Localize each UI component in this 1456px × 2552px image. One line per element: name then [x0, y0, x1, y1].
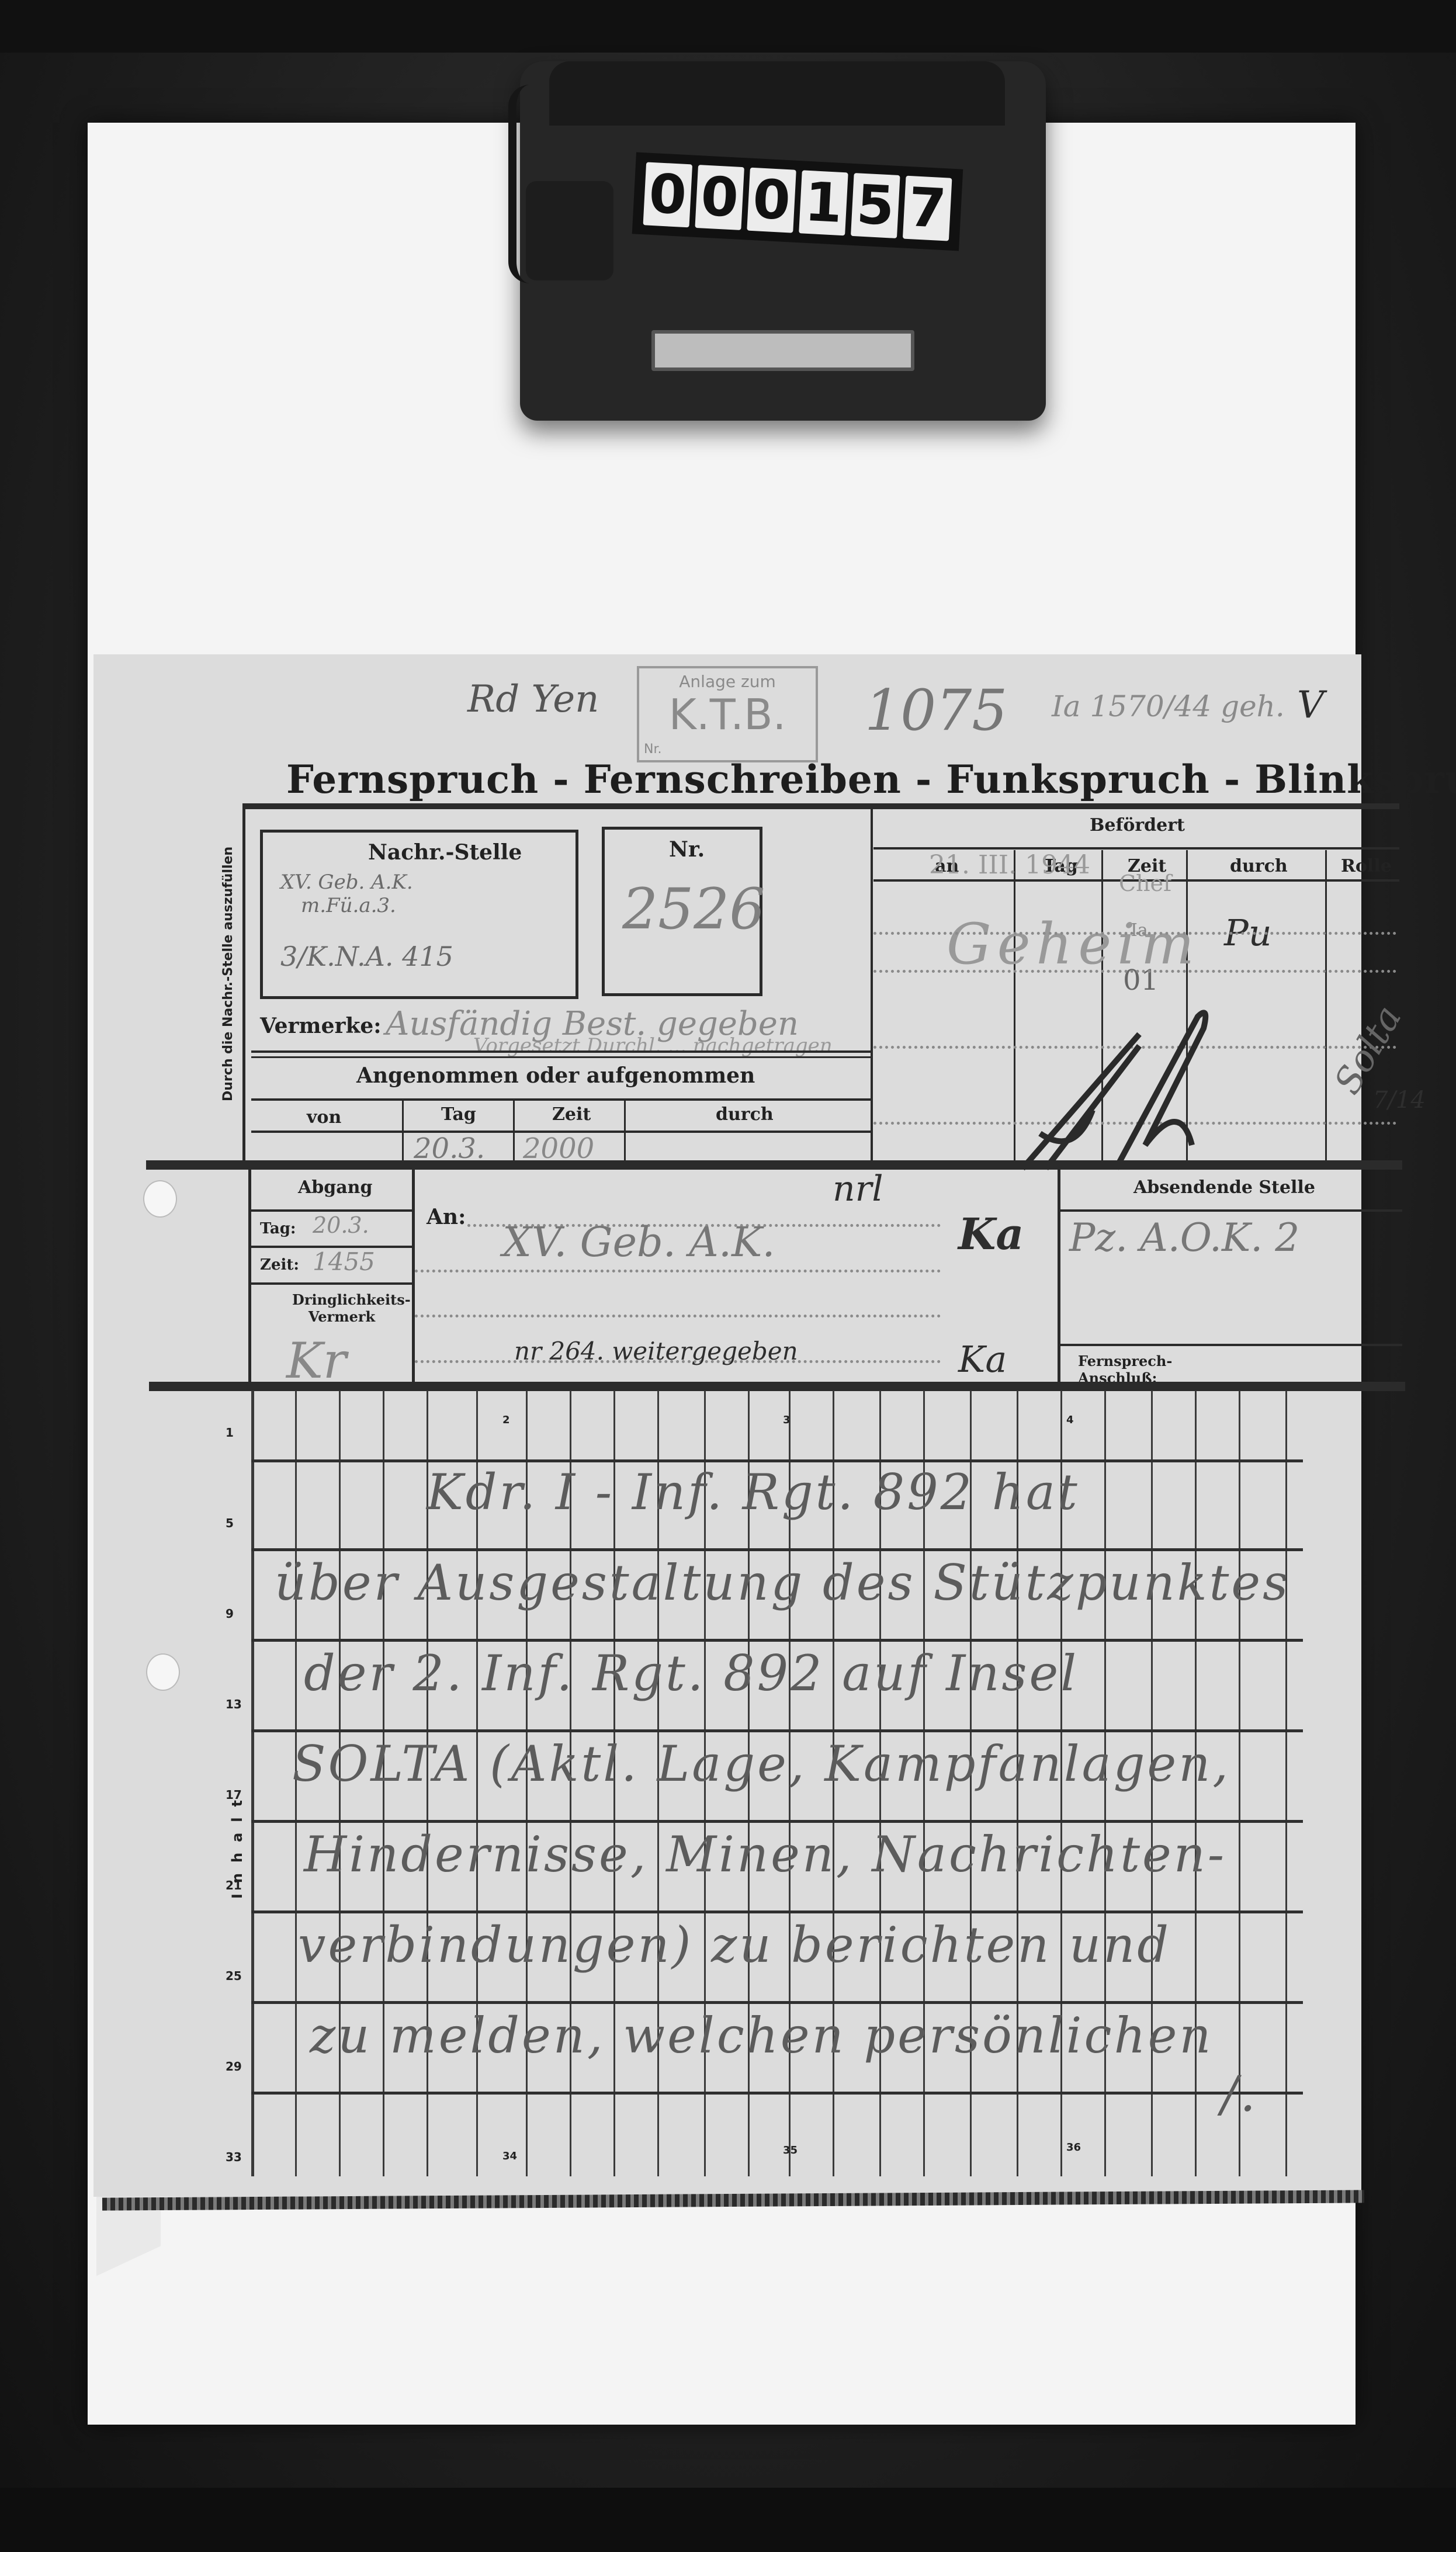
- an-initials: Ka: [958, 1209, 1024, 1260]
- befoerdert-fraction: 7/14: [1373, 1087, 1426, 1114]
- grid-hline: [251, 1729, 1303, 1732]
- angenommen-col-durch: durch: [716, 1104, 774, 1125]
- an-initials2: Ka: [958, 1338, 1007, 1381]
- col-number: 36: [1066, 2141, 1081, 2154]
- befoerdert-stamp-chef: Chef: [1119, 871, 1171, 896]
- message-end-mark: /.: [1221, 2065, 1258, 2123]
- row-number: 5: [226, 1516, 234, 1530]
- angenommen-header-rule: [251, 1098, 871, 1101]
- message-line: Kdr. I - Inf. Rgt. 892 hat: [427, 1464, 1080, 1521]
- reference-number: Ia 1570/44 geh.: [1052, 689, 1285, 723]
- angenommen-col-zeit: Zeit: [552, 1104, 591, 1125]
- form-title: Fernspruch - Fernschreiben - Funkspruch …: [286, 757, 1456, 802]
- counter-top: [549, 61, 1005, 126]
- an-dotted-line: [415, 1315, 941, 1317]
- befoerdert-stamp-date: 21. III. 1944: [929, 850, 1090, 880]
- absendende-value: Pz. A.O.K. 2: [1069, 1215, 1299, 1260]
- row-number: 9: [226, 1607, 234, 1621]
- punch-hole: [146, 1653, 180, 1691]
- befoerdert-label: Befördert: [1090, 815, 1185, 835]
- message-line: Hindernisse, Minen, Nachrichten-: [304, 1826, 1226, 1883]
- angenommen-label: Angenommen oder aufgenommen: [356, 1063, 755, 1088]
- row-number: 13: [226, 1697, 242, 1711]
- absendende-rule: [1060, 1209, 1402, 1212]
- befoerdert-dotted-line: [873, 970, 1396, 973]
- nachr-stelle-line2: m.Fü.a.3.: [301, 894, 396, 917]
- check-mark: V: [1297, 684, 1324, 727]
- counter-knob: [526, 181, 613, 280]
- grid-hline: [251, 1820, 1303, 1823]
- counter-digit: 0: [747, 168, 796, 233]
- nachr-stelle-line3: 3/K.N.A. 415: [280, 941, 453, 972]
- counter-digit: 1: [799, 170, 848, 235]
- befoerdert-col-rolle: Rolle: [1341, 856, 1392, 876]
- col-number: 3: [783, 1414, 791, 1426]
- col-number: 2: [502, 1414, 510, 1426]
- absendende-left-border: [1058, 1170, 1060, 1389]
- col-number: 34: [502, 2150, 517, 2162]
- message-line: zu melden, welchen persönlichen: [310, 2007, 1214, 2064]
- grid-vline: [251, 1391, 254, 2176]
- abgang-zeit-value: 1455: [313, 1247, 375, 1276]
- row-number: 25: [226, 1969, 242, 1983]
- counter-window: 0 0 0 1 5 7: [632, 152, 963, 251]
- nr-value: 2526: [622, 876, 765, 942]
- grid-hline: [251, 1639, 1303, 1642]
- an-annotation: nrl: [833, 1168, 883, 1209]
- abgang-tag-value: 20.3.: [313, 1212, 369, 1238]
- abgang-right-border: [412, 1170, 415, 1389]
- counter-digit: 5: [851, 173, 900, 238]
- row-number: 21: [226, 1878, 242, 1892]
- abgang-zeit-label: Zeit:: [260, 1256, 299, 1274]
- message-line: über Ausgestaltung des Stützpunktes: [275, 1554, 1290, 1611]
- row-number: 29: [226, 2059, 242, 2073]
- angenommen-col-divider: [624, 1098, 626, 1168]
- ktb-number: 1075: [865, 678, 1007, 743]
- film-edge-top: [0, 0, 1456, 53]
- befoerdert-dotted-line: [873, 932, 1396, 935]
- film-edge-bottom: [0, 2488, 1456, 2552]
- message-grid: 1 5 9 13 17 21 25 29 33 2 3 4 34 35 36 K…: [251, 1391, 1303, 2176]
- vermerke-rule: [251, 1050, 871, 1053]
- dringlichkeit-value: Kr: [286, 1332, 346, 1389]
- row-number: 17: [226, 1788, 242, 1802]
- row-number: 1: [226, 1426, 234, 1440]
- grid-hline: [251, 2001, 1303, 2004]
- an-value: XV. Geb. A.K.: [502, 1218, 775, 1266]
- vermerke-rule-2: [251, 1056, 871, 1058]
- title-rule: [242, 803, 1399, 809]
- abgang-rule: [251, 1209, 412, 1212]
- absendende-label: Absendende Stelle: [1133, 1177, 1315, 1198]
- message-line: verbindungen) zu berichten und: [298, 1916, 1171, 1974]
- counter-nameplate: [651, 330, 914, 371]
- nachr-stelle-label: Nachr.-Stelle: [368, 840, 522, 865]
- an-dotted-line: [415, 1270, 941, 1272]
- befoerdert-header-rule: [873, 847, 1399, 849]
- punch-hole: [143, 1180, 177, 1218]
- message-line: der 2. Inf. Rgt. 892 auf Insel: [304, 1645, 1079, 1702]
- dringlichkeit-label: Dringlichkeits-Vermerk: [292, 1291, 391, 1325]
- left-border: [242, 803, 245, 1163]
- grid-hline: [251, 1548, 1303, 1551]
- abgang-left-border: [248, 1170, 251, 1389]
- an-label: An:: [427, 1205, 466, 1229]
- abgang-rule: [251, 1282, 412, 1285]
- an-line3: nr 264. weitergegeben: [514, 1337, 798, 1365]
- section-rule-2: [149, 1382, 1405, 1391]
- nr-label: Nr.: [669, 837, 705, 862]
- annotation-left: Rd Yen: [467, 678, 599, 721]
- fernsprech-rule: [1060, 1344, 1402, 1346]
- stamp-line2: K.T.B.: [639, 691, 816, 738]
- row-number: 33: [226, 2150, 242, 2164]
- angenommen-col-divider: [402, 1098, 404, 1168]
- abgang-label: Abgang: [298, 1177, 372, 1198]
- grid-hline: [251, 1459, 1303, 1462]
- counter-digit: 0: [695, 165, 744, 230]
- abgang-tag-label: Tag:: [260, 1220, 296, 1237]
- side-label: Durch die Nachr.-Stelle auszufüllen: [221, 847, 235, 1101]
- befoerdert-left-border: [871, 809, 873, 1168]
- stamp-line3: Nr.: [644, 742, 661, 757]
- grid-vline: [1285, 1391, 1287, 2176]
- message-line: SOLTA (Aktl. Lage, Kampfanlagen,: [292, 1735, 1230, 1792]
- col-number: 4: [1066, 1414, 1074, 1426]
- section-rule-1: [146, 1160, 1402, 1170]
- befoerdert-col-durch: durch: [1230, 856, 1288, 876]
- counter-digit: 0: [643, 162, 693, 227]
- grid-hline: [251, 1910, 1303, 1913]
- counter-digit: 7: [903, 176, 952, 241]
- paraph-icon: [1005, 993, 1268, 1180]
- vermerke-label: Vermerke:: [260, 1014, 382, 1038]
- angenommen-col-von: von: [307, 1107, 341, 1128]
- grid-vline: [1239, 1391, 1240, 2176]
- stamp-line1: Anlage zum: [639, 672, 816, 691]
- nachr-stelle-line1: XV. Geb. A.K.: [280, 871, 413, 894]
- ktb-stamp: Anlage zum K.T.B. Nr.: [637, 666, 818, 762]
- befoerdert-geheim: Geheim: [947, 911, 1200, 977]
- message-form: Anlage zum K.T.B. Nr. Rd Yen 1075 Ia 157…: [93, 654, 1361, 2197]
- vermerke-value2: Vorgesetzt Durchl. ... nachgetragen: [473, 1034, 833, 1057]
- angenommen-col-tag: Tag: [441, 1104, 476, 1125]
- col-number: 35: [783, 2144, 798, 2156]
- angenommen-col-divider: [513, 1098, 515, 1168]
- befoerdert-col-divider: [1325, 850, 1327, 1168]
- grid-hline: [251, 2092, 1303, 2095]
